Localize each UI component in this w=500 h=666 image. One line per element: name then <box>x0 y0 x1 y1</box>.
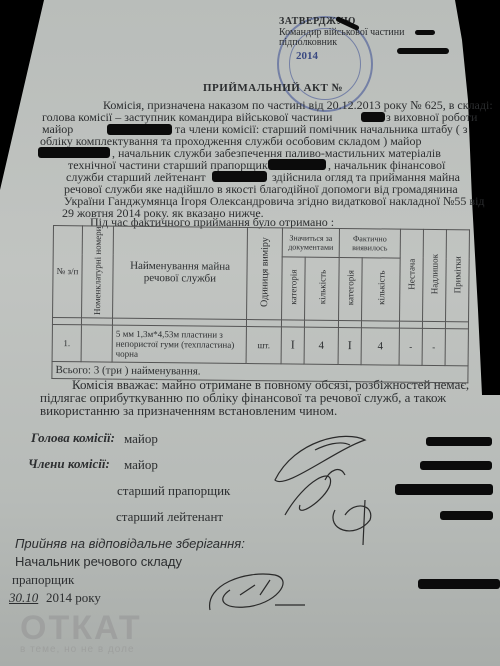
storage-line-1: Прийняв на відповідальне зберігання: <box>15 537 245 550</box>
storage-line-3: прапорщик <box>12 573 74 586</box>
cell-act-category: I <box>348 338 352 352</box>
header-actual: Фактично виявилось <box>352 234 387 252</box>
chair-label: Голова комісії: <box>31 431 115 444</box>
member3-rank: старший лейтенант <box>116 510 223 523</box>
table-row: 1. 5 мм 1,3м*4,53м пластини з непористої… <box>52 324 468 365</box>
cell-act-quantity: 4 <box>377 340 383 352</box>
storage-line-2: Начальник речового складу <box>15 555 182 568</box>
cell-shortage: - <box>409 341 412 351</box>
storekeeper-signature <box>205 565 305 620</box>
header-notes: Примітки <box>452 256 462 293</box>
header-act-quantity: кількість <box>376 271 386 305</box>
watermark-brand: ОТКАТ <box>20 612 142 644</box>
redaction <box>395 484 493 495</box>
redaction <box>415 30 435 35</box>
header-doc-quantity: кількість <box>317 270 327 304</box>
redaction <box>361 112 385 122</box>
member1-rank: майор <box>124 458 158 471</box>
cell-name: 5 мм 1,3м*4,53м пластини з непористої гу… <box>116 328 235 358</box>
cell-surplus: - <box>432 341 435 351</box>
signature-scribbles <box>255 420 395 550</box>
redaction <box>212 171 267 182</box>
header-unit: Одиниця виміру <box>259 237 271 307</box>
table-total: Всього: 3 (три ) найменування. <box>55 364 200 378</box>
member2-rank: старший прапорщик <box>117 484 230 497</box>
cell-unit: шт. <box>257 340 270 350</box>
header-name: Найменування майна речової служби <box>130 260 230 285</box>
redaction <box>420 461 492 470</box>
chair-rank: майор <box>124 432 158 445</box>
cell-doc-category: I <box>291 337 295 351</box>
cell-num: 1. <box>63 338 70 348</box>
header-shortage: Нестача <box>406 258 416 289</box>
conclusion-line-3: використанню за призначенням встановлени… <box>40 404 337 417</box>
members-label: Члени комісії: <box>28 457 110 470</box>
storage-date-suffix: 2014 року <box>46 591 101 604</box>
redaction <box>268 159 326 170</box>
stamp-year: 2014 <box>296 50 318 62</box>
redaction <box>418 579 500 589</box>
storage-date-handwritten: 30.10 <box>9 591 38 604</box>
approval-line2: підполковник <box>279 36 337 49</box>
header-nomenclature: Номенклатурні номери <box>92 226 103 315</box>
redaction <box>397 48 449 54</box>
items-table: № з/п Номенклатурні номери Найменування … <box>51 225 470 383</box>
redaction <box>38 147 110 158</box>
document-heading: ПРИЙМАЛЬНИЙ АКТ № <box>203 82 343 95</box>
header-act-category: категорія <box>345 270 355 305</box>
watermark: ОТКАТ в теме, но не в доле <box>20 612 142 655</box>
watermark-tagline: в теме, но не в доле <box>20 644 142 655</box>
redaction <box>440 511 493 520</box>
header-surplus: Надлишок <box>429 254 439 294</box>
header-doc-category: категорія <box>288 270 298 305</box>
redaction <box>426 437 492 446</box>
header-per-documents: Значиться за документами <box>288 233 333 251</box>
header-num: № з/п <box>57 266 79 276</box>
cell-doc-quantity: 4 <box>318 339 324 351</box>
